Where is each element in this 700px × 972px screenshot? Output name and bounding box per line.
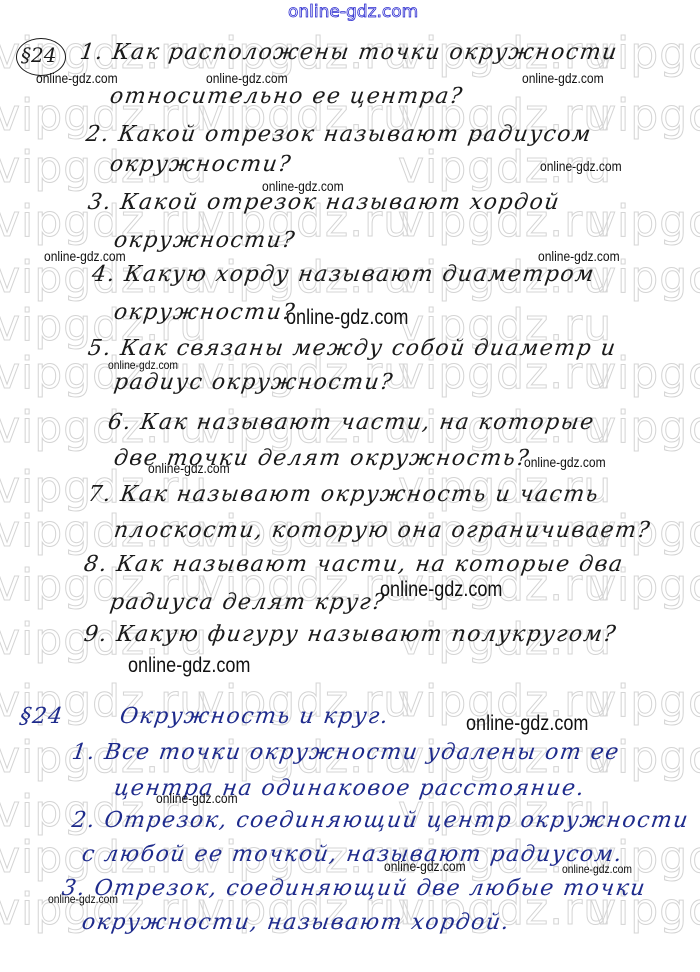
vipgdz-watermark: vipgdz bbox=[590, 676, 700, 727]
question-6: 6. Как называют части, на которые bbox=[106, 410, 596, 435]
site-watermark: online-gdz.com bbox=[148, 460, 230, 476]
site-watermark: online-gdz.com bbox=[522, 70, 604, 86]
homework-page: vipgdz.ru vipgdz.ru vipgdz.ru vipgdz vip… bbox=[0, 0, 700, 972]
site-watermark: online-gdz.com bbox=[384, 858, 466, 874]
answer-3: 3. Отрезок, соединяющий две любые точки bbox=[60, 876, 647, 901]
site-watermark: online-gdz.com bbox=[156, 790, 238, 806]
site-watermark: online-gdz.com bbox=[108, 358, 178, 372]
site-watermark: online-gdz.com bbox=[466, 712, 588, 736]
question-5-line-2: радиус окружности? bbox=[112, 370, 395, 395]
question-7-line-2: плоскости, которую она ограничивает? bbox=[112, 518, 652, 543]
answer-2: 2. Отрезок, соединяющий центр окружности bbox=[70, 808, 690, 833]
question-7: 7. Как называют окружность и часть bbox=[86, 482, 601, 507]
question-1: 1. Как расположены точки окружности bbox=[78, 40, 619, 65]
section-number: §24 bbox=[21, 43, 56, 67]
site-watermark: online-gdz.com bbox=[128, 654, 250, 678]
site-watermark: online-gdz.com bbox=[538, 248, 620, 264]
question-9: 9. Какую фигуру называют полукругом? bbox=[82, 622, 618, 647]
question-4: 4. Какую хорду называют диаметром bbox=[90, 262, 596, 287]
top-site-watermark: online-gdz.com bbox=[288, 2, 418, 22]
question-8: 8. Как называют части, на которые два bbox=[82, 552, 625, 577]
answers-section-number: §24 bbox=[18, 704, 65, 729]
vipgdz-watermark: vipgdz bbox=[590, 196, 700, 247]
answer-3-line-2: окружности, называют хордой. bbox=[80, 910, 512, 935]
site-watermark: online-gdz.com bbox=[44, 248, 126, 264]
question-8-line-2: радиуса делят круг? bbox=[108, 590, 387, 615]
question-3-line-2: окружности? bbox=[112, 228, 297, 253]
vipgdz-watermark: vipgdz bbox=[590, 90, 700, 141]
answer-1: 1. Все точки окружности удалены от ее bbox=[70, 740, 621, 765]
question-1-line-2: относительно ее центра? bbox=[108, 84, 465, 109]
site-watermark: online-gdz.com bbox=[206, 70, 288, 86]
site-watermark: online-gdz.com bbox=[540, 158, 622, 174]
question-2: 2. Какой отрезок называют радиусом bbox=[84, 122, 593, 147]
site-watermark: online-gdz.com bbox=[562, 862, 632, 876]
site-watermark: online-gdz.com bbox=[48, 892, 118, 906]
question-2-line-2: окружности? bbox=[108, 152, 293, 177]
answers-title: Окружность и круг. bbox=[118, 704, 391, 729]
answer-2-line-2: с любой ее точкой, называют радиусом. bbox=[80, 842, 624, 867]
vipgdz-watermark: vipgdz bbox=[590, 402, 700, 453]
site-watermark: online-gdz.com bbox=[262, 178, 344, 194]
site-watermark: online-gdz.com bbox=[380, 578, 502, 602]
site-watermark: online-gdz.com bbox=[524, 454, 606, 470]
question-4-line-2: окружности? bbox=[112, 300, 297, 325]
site-watermark: online-gdz.com bbox=[286, 306, 408, 330]
site-watermark: online-gdz.com bbox=[36, 70, 118, 86]
